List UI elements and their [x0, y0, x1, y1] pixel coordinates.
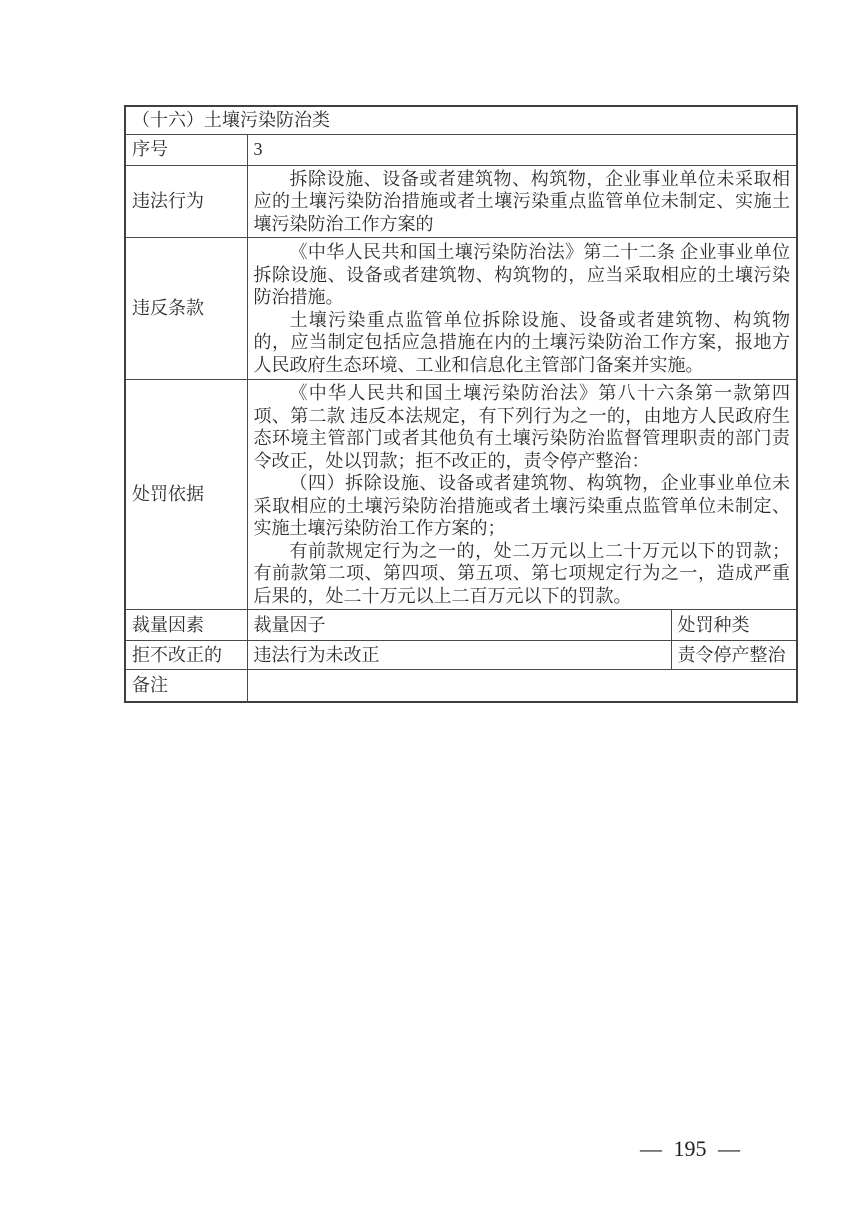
page-number: — 195 — [640, 1136, 740, 1162]
refusal-factor: 违法行为未改正 [247, 641, 671, 670]
discretion-factor-header: 裁量因子 [247, 610, 671, 641]
section-title-row: （十六）土壤污染防治类 [125, 106, 797, 134]
clause-label: 违反条款 [125, 238, 247, 380]
penalty-type-header: 处罚种类 [671, 610, 797, 641]
serial-value: 3 [247, 134, 797, 165]
document-page: （十六）土壤污染防治类 序号 3 违法行为 拆除设施、设备或者建筑物、构筑物，企… [0, 0, 868, 1227]
refusal-penalty-type: 责令停产整治 [671, 641, 797, 670]
violation-label: 违法行为 [125, 165, 247, 238]
refusal-row: 拒不改正的 违法行为未改正 责令停产整治 [125, 641, 797, 670]
refusal-label: 拒不改正的 [125, 641, 247, 670]
violation-text: 拆除设施、设备或者建筑物、构筑物，企业事业单位未采取相应的土壤污染防治措施或者土… [254, 168, 791, 236]
serial-label: 序号 [125, 134, 247, 165]
remark-value [247, 670, 797, 702]
remark-label: 备注 [125, 670, 247, 702]
clause-paragraph-1: 《中华人民共和国土壤污染防治法》第二十二条 企业事业单位拆除设施、设备或者建筑物… [254, 241, 791, 309]
penalty-basis-text-cell: 《中华人民共和国土壤污染防治法》第八十六条第一款第四项、第二款 违反本法规定，有… [247, 380, 797, 610]
section-title: （十六）土壤污染防治类 [125, 106, 797, 134]
penalty-basis-label: 处罚依据 [125, 380, 247, 610]
clause-row: 违反条款 《中华人民共和国土壤污染防治法》第二十二条 企业事业单位拆除设施、设备… [125, 238, 797, 380]
penalty-basis-paragraph-2: （四）拆除设施、设备或者建筑物、构筑物，企业事业单位未采取相应的土壤污染防治措施… [254, 472, 791, 540]
discretion-label: 裁量因素 [125, 610, 247, 641]
penalty-basis-paragraph-1: 《中华人民共和国土壤污染防治法》第八十六条第一款第四项、第二款 违反本法规定，有… [254, 382, 791, 472]
violation-row: 违法行为 拆除设施、设备或者建筑物、构筑物，企业事业单位未采取相应的土壤污染防治… [125, 165, 797, 238]
serial-row: 序号 3 [125, 134, 797, 165]
regulation-table: （十六）土壤污染防治类 序号 3 违法行为 拆除设施、设备或者建筑物、构筑物，企… [124, 105, 798, 703]
clause-text-cell: 《中华人民共和国土壤污染防治法》第二十二条 企业事业单位拆除设施、设备或者建筑物… [247, 238, 797, 380]
penalty-basis-row: 处罚依据 《中华人民共和国土壤污染防治法》第八十六条第一款第四项、第二款 违反本… [125, 380, 797, 610]
clause-paragraph-2: 土壤污染重点监管单位拆除设施、设备或者建筑物、构筑物的，应当制定包括应急措施在内… [254, 309, 791, 377]
violation-text-cell: 拆除设施、设备或者建筑物、构筑物，企业事业单位未采取相应的土壤污染防治措施或者土… [247, 165, 797, 238]
penalty-basis-paragraph-3: 有前款规定行为之一的，处二万元以上二十万元以下的罚款；有前款第二项、第四项、第五… [254, 540, 791, 608]
remark-row: 备注 [125, 670, 797, 702]
discretion-header-row: 裁量因素 裁量因子 处罚种类 [125, 610, 797, 641]
